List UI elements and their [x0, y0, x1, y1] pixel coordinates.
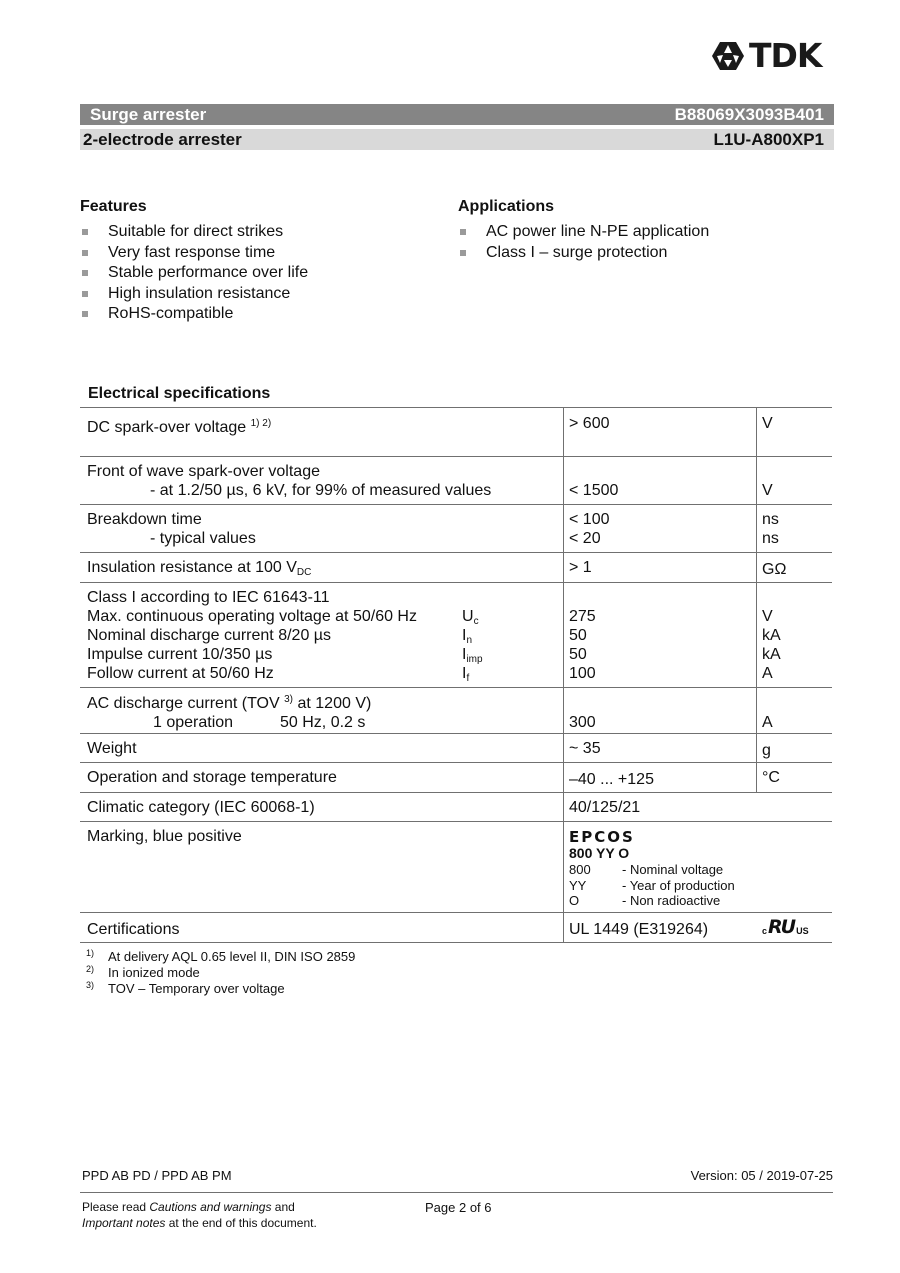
spec-value: > 1 [569, 558, 592, 578]
bullet-square-icon [82, 250, 88, 256]
spec-label: Nominal discharge current 8/20 µs [87, 626, 331, 646]
footnote: 3)TOV – Temporary over voltage [86, 978, 285, 997]
features-list: Suitable for direct strikes Very fast re… [80, 222, 308, 325]
product-subtype-bar: 2-electrode arrester L1U-A800XP1 [80, 129, 834, 150]
spec-label: Climatic category (IEC 60068-1) [87, 798, 315, 818]
product-type: Surge arrester [90, 105, 206, 125]
spec-label: Class I according to IEC 61643-11 [87, 588, 330, 608]
type-code: L1U-A800XP1 [713, 130, 824, 150]
spec-value: < 1500 [569, 481, 618, 501]
list-item: High insulation resistance [80, 284, 308, 305]
product-type-bar: Surge arrester B88069X3093B401 [80, 104, 834, 125]
bullet-square-icon [82, 291, 88, 297]
table-rule [80, 552, 832, 553]
footer-department: PPD AB PD / PPD AB PM [82, 1168, 232, 1183]
bullet-square-icon [82, 311, 88, 317]
bullet-square-icon [82, 229, 88, 235]
table-rule [80, 504, 832, 505]
list-item: Class I – surge protection [458, 243, 709, 264]
spec-unit: kA [762, 645, 781, 665]
bullet-square-icon [82, 270, 88, 276]
table-rule [80, 821, 832, 822]
marking-legend-item: YY- Year of production [569, 878, 735, 894]
spec-label: Weight [87, 739, 137, 759]
spec-label: Front of wave spark-over voltage [87, 462, 320, 482]
spec-label: Impulse current 10/350 µs [87, 645, 272, 665]
table-rule [80, 456, 832, 457]
spec-value: 275 [569, 607, 596, 627]
table-rule [80, 733, 832, 734]
spec-label: Insulation resistance at 100 VDC [87, 558, 311, 583]
spec-unit: V [762, 607, 773, 627]
table-col-rule [756, 407, 757, 792]
table-rule [80, 942, 832, 943]
spec-unit: GΩ [762, 560, 786, 580]
spec-unit: V [762, 481, 773, 501]
list-item: Very fast response time [80, 243, 308, 264]
list-item: AC power line N-PE application [458, 222, 709, 243]
tdk-logo: TDK [711, 40, 821, 72]
spec-sublabel: - typical values [150, 529, 256, 549]
table-rule [80, 687, 832, 688]
bullet-square-icon [460, 250, 466, 256]
marking-legend-item: 800- Nominal voltage [569, 862, 735, 878]
table-col-rule [563, 407, 564, 942]
spec-sublabel: - at 1.2/50 µs, 6 kV, for 99% of measure… [150, 481, 491, 501]
list-item: RoHS-compatible [80, 304, 308, 325]
list-item: Stable performance over life [80, 263, 308, 284]
spec-value: 300 [569, 713, 596, 733]
list-item: Suitable for direct strikes [80, 222, 308, 243]
spec-condition: 50 Hz, 0.2 s [280, 713, 365, 733]
marking-legend-item: O- Non radioactive [569, 893, 735, 909]
spec-unit: g [762, 741, 771, 761]
applications-list: AC power line N-PE application Class I –… [458, 222, 709, 263]
spec-sublabel: 1 operation [153, 713, 233, 733]
footer-notice: Please read Cautions and warnings and Im… [82, 1200, 317, 1231]
electrical-specs-title: Electrical specifications [88, 385, 270, 403]
spec-label: Marking, blue positive [87, 827, 242, 847]
table-rule [80, 792, 832, 793]
spec-label: DC spark-over voltage 1) 2) [87, 414, 271, 438]
spec-value: > 600 [569, 414, 609, 434]
table-rule [80, 762, 832, 763]
spec-value: –40 ... +125 [569, 770, 654, 790]
features-title: Features [80, 198, 147, 216]
spec-label: Operation and storage temperature [87, 768, 337, 788]
spec-label: Max. continuous operating voltage at 50/… [87, 607, 417, 627]
marking-code: 800 YY O [569, 845, 629, 861]
spec-value: ~ 35 [569, 739, 601, 759]
bullet-square-icon [460, 229, 466, 235]
product-subtype: 2-electrode arrester [83, 130, 242, 150]
spec-unit: kA [762, 626, 781, 646]
spec-symbol: If [462, 664, 469, 689]
spec-value: 40/125/21 [569, 798, 640, 818]
spec-value: 50 [569, 645, 587, 665]
table-rule [80, 912, 832, 913]
spec-value: < 100 [569, 510, 609, 530]
spec-unit: ns [762, 510, 779, 530]
brand-name: TDK [749, 40, 821, 72]
spec-unit: A [762, 664, 773, 684]
footer-version: Version: 05 / 2019-07-25 [691, 1168, 833, 1183]
footer-rule [80, 1192, 833, 1193]
marking-brand: EPCOS [569, 828, 635, 846]
marking-legend: 800- Nominal voltage YY- Year of product… [569, 862, 735, 909]
spec-label: Breakdown time [87, 510, 202, 530]
spec-value: 50 [569, 626, 587, 646]
cru-us-ul-recognized-icon: c RU US [762, 918, 809, 936]
spec-label: Follow current at 50/60 Hz [87, 664, 274, 684]
spec-unit: ns [762, 529, 779, 549]
ordering-code: B88069X3093B401 [675, 105, 824, 125]
spec-unit: A [762, 713, 773, 733]
spec-value: UL 1449 (E319264) [569, 920, 708, 940]
tdk-star-icon [711, 41, 745, 71]
page-number: Page 2 of 6 [425, 1200, 492, 1215]
spec-label: Certifications [87, 920, 179, 940]
applications-title: Applications [458, 198, 554, 216]
spec-label: AC discharge current (TOV 3) at 1200 V) [87, 690, 371, 714]
spec-unit: °C [762, 768, 780, 788]
spec-unit: V [762, 414, 773, 434]
spec-value: < 20 [569, 529, 601, 549]
table-rule [80, 407, 832, 408]
spec-value: 100 [569, 664, 596, 684]
